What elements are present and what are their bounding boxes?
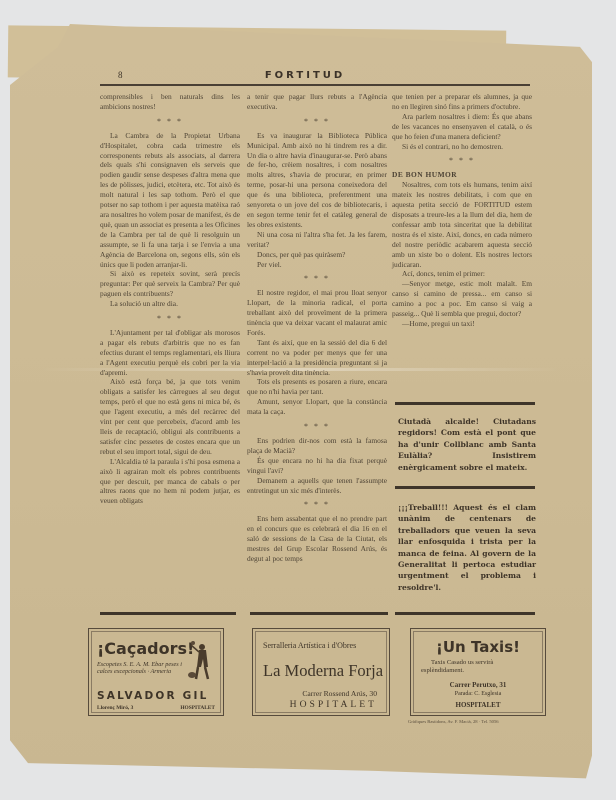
article-text: Amunt, senyor Llopart, que la constància…	[247, 397, 387, 417]
article-text: Ara parlem nosaltres i diem: És que aban…	[392, 112, 532, 142]
ad-street: Carrer Perutxo, 31	[411, 681, 545, 689]
article-text: que tenien per a preparar els alumnes, j…	[392, 92, 532, 112]
article-text: Ens hem assabentat que el no prendre par…	[247, 514, 387, 564]
ad-city: HOSPITALET	[180, 705, 215, 711]
article-text: comprensibles i ben naturals dins les am…	[100, 92, 240, 112]
ad-subtitle: Taxis Casado us servirà esplèndidament.	[421, 659, 537, 675]
bridge-notice: Ciutadà alcalde! Ciutadans regidors! Com…	[398, 416, 536, 473]
section-separator: * * *	[247, 274, 387, 284]
ad-title: La Moderna Forja	[263, 661, 383, 681]
section-separator: * * *	[247, 500, 387, 510]
article-text: Per viel.	[247, 260, 387, 270]
ad-address: Carrer Rossend Arús, 30	[302, 689, 377, 698]
ad-moderna-forja: Serralleria Artística i d'Obres La Moder…	[252, 628, 390, 716]
article-text: a tenir que pagar llurs rebuts a l'Agènc…	[247, 92, 387, 112]
article-text: Si això es repeteix sovint, serà precís …	[100, 269, 240, 299]
article-text: El nostre regidor, el mai prou lloat sen…	[247, 288, 387, 338]
section-separator: * * *	[247, 422, 387, 432]
article-text: Si és el contrari, no ho demostren.	[392, 142, 532, 152]
header-rule	[100, 84, 530, 86]
section-separator: * * *	[392, 156, 532, 166]
work-notice: ¡¡¡Treball!!! Aquest és el clam unànim d…	[398, 502, 536, 593]
column-rule	[250, 612, 388, 615]
ad-name: SALVADOR GIL	[97, 690, 208, 702]
article-text: Ací, doncs, tenim el primer:	[392, 269, 532, 279]
article-text: Tant és així, que en la sessió del dia 6…	[247, 338, 387, 378]
ad-subtitle: Escopetes S. E. A. M. Ebar peses i calce…	[97, 661, 187, 676]
article-text: Doncs, per què pas quiràsem?	[247, 250, 387, 260]
article-text: Això està força bé, ja que tots venim ob…	[100, 377, 240, 456]
article-text: L'Ajuntament per tal d'obligar als moros…	[100, 328, 240, 378]
ad-address: Llorenç Miró, 3	[97, 705, 133, 711]
ad-title: ¡Caçadors!	[97, 639, 194, 658]
ad-city: HOSPITALET	[411, 701, 545, 709]
column-rule	[395, 402, 535, 405]
section-separator: * * *	[100, 117, 240, 127]
article-text: La solució un altre dia.	[100, 299, 240, 309]
ad-subtitle: Serralleria Artística i d'Obres	[263, 641, 356, 650]
ad-title: ¡Un Taxis!	[411, 638, 545, 656]
article-text: Es va inaugurar la Biblioteca Pública Mu…	[247, 131, 387, 230]
article-text: —Senyor metge, estic molt malalt. Em can…	[392, 279, 532, 319]
column-1: comprensibles i ben naturals dins les am…	[100, 92, 240, 506]
page-header: 8 FORTITUD	[90, 70, 520, 84]
ad-city: HOSPITALET	[290, 699, 377, 710]
article-text: Ni una cosa ni l'altra s'ha fet. Ja les …	[247, 230, 387, 250]
article-text: És que encara no hi ha dia fixat perquè …	[247, 456, 387, 476]
masthead-title: FORTITUD	[90, 70, 520, 81]
column-rule	[100, 612, 236, 615]
column-3: que tenien per a preparar els alumnes, j…	[392, 92, 532, 329]
article-text: Ens podrien dir-nos com està la famosa p…	[247, 436, 387, 456]
hunter-icon	[187, 639, 213, 681]
column-rule	[395, 486, 535, 489]
printer-imprint: Gràfiques Bastidons, Av. F. Macià, 28 · …	[408, 719, 499, 724]
ad-cacadors: ¡Caçadors! Escopetes S. E. A. M. Ebar pe…	[88, 628, 224, 716]
column-2: a tenir que pagar llurs rebuts a l'Agènc…	[247, 92, 387, 564]
section-separator: * * *	[100, 314, 240, 324]
article-text: La Cambra de la Propietat Urbana d'Hospi…	[100, 131, 240, 270]
section-heading: DE BON HUMOR	[392, 170, 532, 180]
section-separator: * * *	[247, 117, 387, 127]
article-text: Tots els presents es posaren a riure, en…	[247, 377, 387, 397]
page-content: 8 FORTITUD comprensibles i ben naturals …	[0, 0, 616, 800]
column-rule	[395, 612, 535, 615]
article-text: Nosaltres, com tots els humans, tenim ai…	[392, 180, 532, 269]
ad-stop: Parada: C. Esglesia	[411, 691, 545, 697]
ad-taxis: ¡Un Taxis! Taxis Casado us servirà esplè…	[410, 628, 546, 716]
article-text: —Home, pregui un taxi!	[392, 319, 532, 329]
article-text: L'Alcaldia té la paraula i s'hi posa esm…	[100, 457, 240, 507]
article-text: Demanem a aquells que tenen l'assumpte e…	[247, 476, 387, 496]
